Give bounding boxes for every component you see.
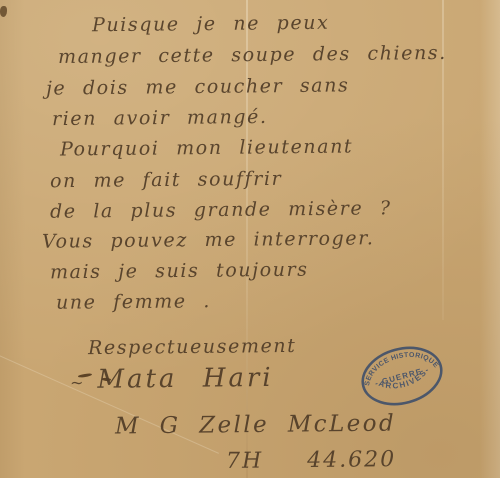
signature-real-name: M G Zelle McLeod bbox=[115, 411, 396, 440]
letter-line: Pourquoi mon lieutenant bbox=[60, 135, 353, 160]
signature-text: Mata Hari bbox=[97, 363, 274, 395]
paper-blemish bbox=[0, 6, 7, 17]
letter-line: mais je suis toujours bbox=[50, 259, 309, 284]
letter-line: on me fait souffrir bbox=[50, 168, 282, 192]
signature-flourish: ~ bbox=[70, 373, 84, 392]
letter-line: une femme . bbox=[56, 290, 211, 314]
reference-series: 7H bbox=[226, 449, 263, 474]
signature-mata-hari: ~Mata Hari bbox=[70, 363, 274, 395]
letter-closing: Respectueusement bbox=[88, 335, 297, 359]
letter-line: de la plus grande misère ? bbox=[50, 197, 392, 223]
letter-line: je dois me coucher sans bbox=[46, 74, 350, 99]
letter-document: Puisque je ne peux manger cette soupe de… bbox=[0, 0, 500, 478]
letter-line: rien avoir mangé. bbox=[52, 106, 268, 130]
archive-reference: 7H44.620 bbox=[226, 447, 396, 474]
letter-line: manger cette soupe des chiens. bbox=[58, 42, 447, 68]
letter-line: Puisque je ne peux bbox=[92, 12, 330, 36]
archive-stamp-oval: SERVICE HISTORIQUE - GUERRE - ARCHIVES bbox=[353, 336, 452, 416]
letter-line: Vous pouvez me interroger. bbox=[42, 227, 375, 252]
archive-stamp: SERVICE HISTORIQUE - GUERRE - ARCHIVES bbox=[353, 336, 452, 416]
reference-number: 44.620 bbox=[307, 447, 396, 473]
